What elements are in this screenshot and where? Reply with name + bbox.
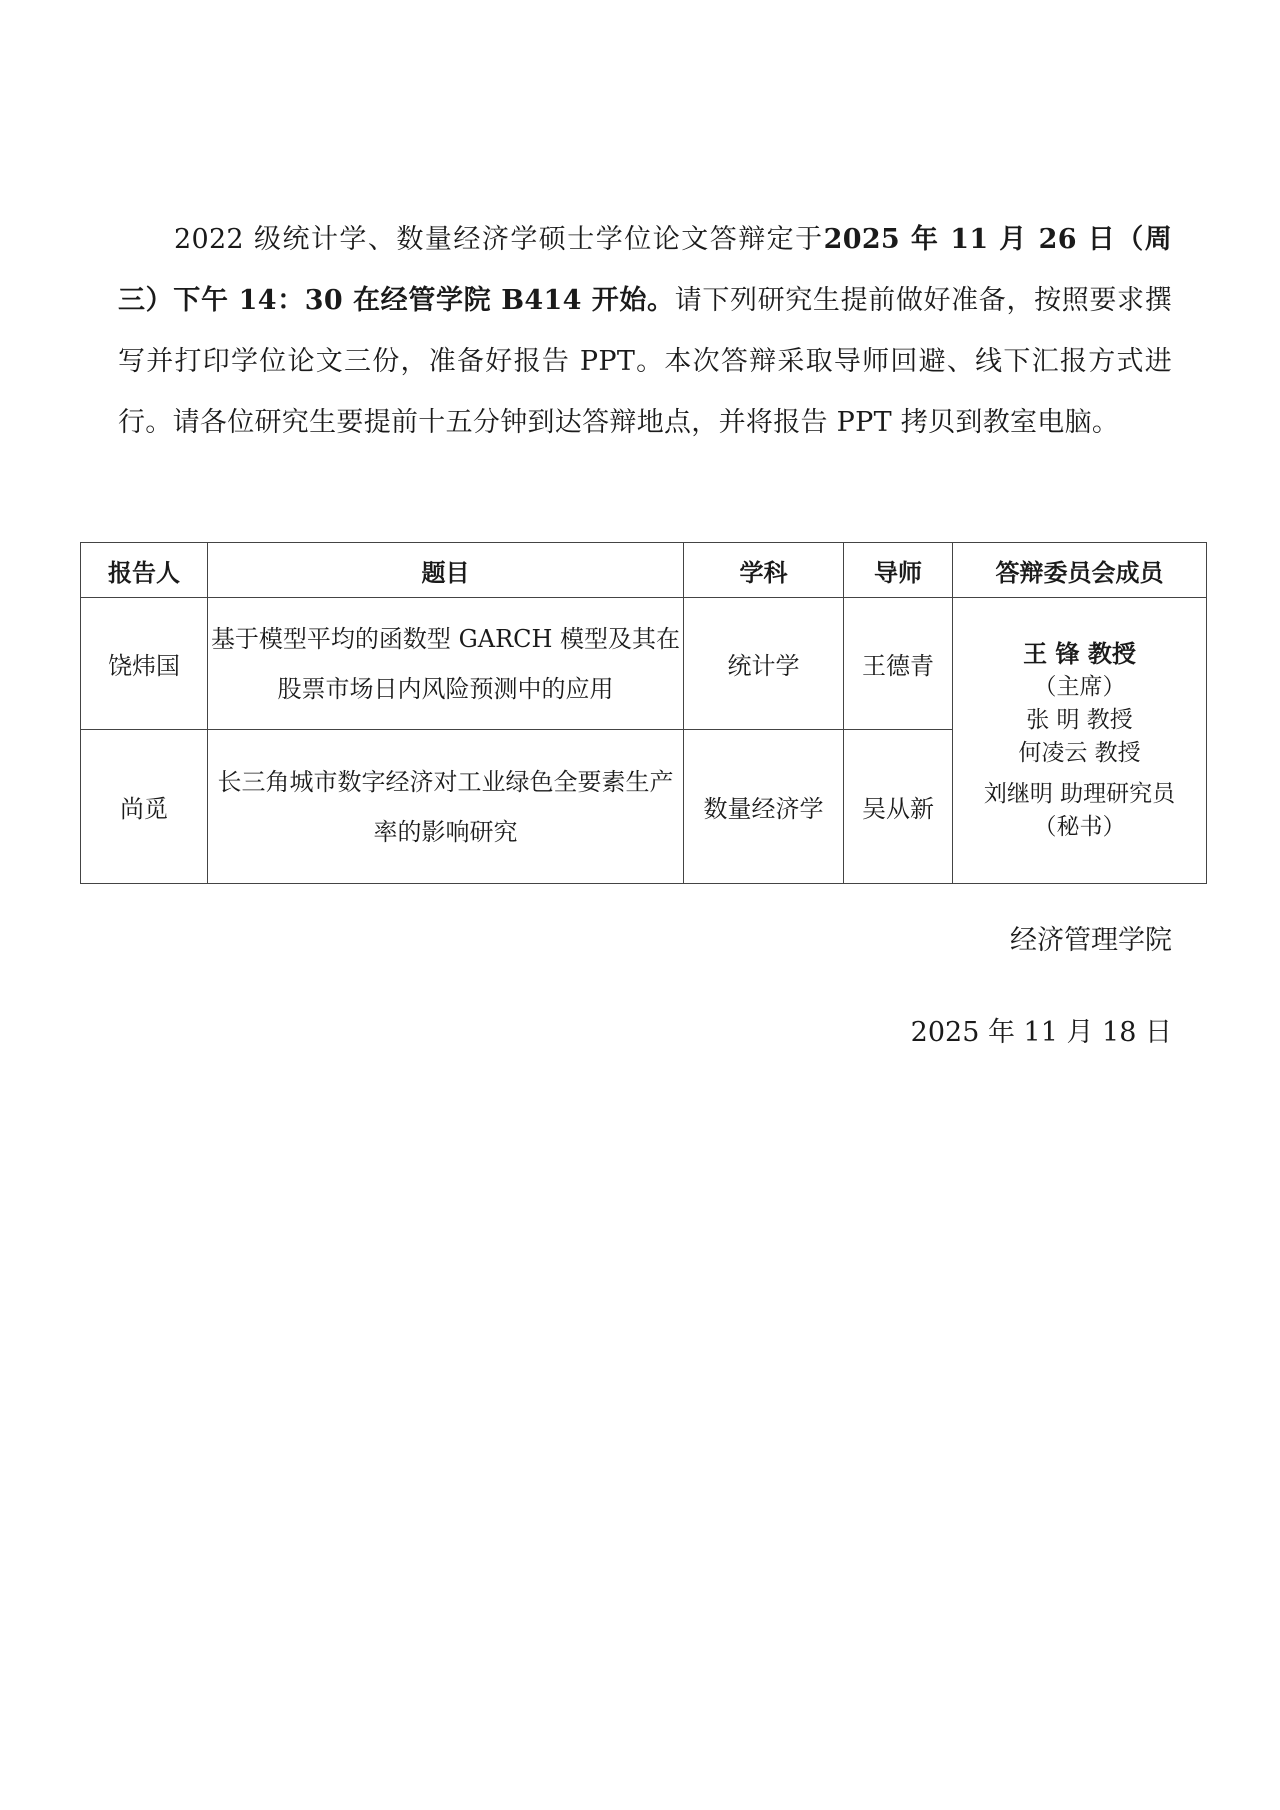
thesis-title-cell: 长三角城市数字经济对工业绿色全要素生产率的影响研究 — [208, 730, 684, 884]
header-committee: 答辩委员会成员 — [953, 543, 1207, 598]
header-advisor: 导师 — [844, 543, 953, 598]
header-title: 题目 — [208, 543, 684, 598]
advisor-cell: 王德青 — [844, 598, 953, 730]
committee-members-cell: 王 锋 教授 （主席） 张 明 教授 何凌云 教授 刘继明 助理研究员 （秘书） — [953, 598, 1207, 884]
issue-date: 2025 年 11 月 18 日 — [911, 1010, 1172, 1049]
presenter-cell: 尚觅 — [81, 730, 208, 884]
spacer — [953, 770, 1206, 778]
discipline-cell: 数量经济学 — [684, 730, 844, 884]
committee-secretary: 刘继明 助理研究员 — [953, 778, 1206, 811]
header-presenter: 报告人 — [81, 543, 208, 598]
issuing-organization: 经济管理学院 — [1010, 918, 1172, 957]
thesis-title-cell: 基于模型平均的函数型 GARCH 模型及其在股票市场日内风险预测中的应用 — [208, 598, 684, 730]
table-header-row: 报告人 题目 学科 导师 答辩委员会成员 — [81, 543, 1207, 598]
header-discipline: 学科 — [684, 543, 844, 598]
committee-chair: 王 锋 教授 — [953, 638, 1206, 671]
defense-schedule-table: 报告人 题目 学科 导师 答辩委员会成员 饶炜国 基于模型平均的函数型 GARC… — [80, 542, 1207, 884]
committee-chair-role: （主席） — [953, 671, 1206, 704]
presenter-cell: 饶炜国 — [81, 598, 208, 730]
notice-intro: 2022 级统计学、数量经济学硕士学位论文答辩定于 — [174, 224, 824, 255]
notice-paragraph: 2022 级统计学、数量经济学硕士学位论文答辩定于2025 年 11 月 26 … — [118, 209, 1172, 453]
advisor-cell: 吴从新 — [844, 730, 953, 884]
committee-secretary-role: （秘书） — [953, 811, 1206, 844]
committee-member: 何凌云 教授 — [953, 737, 1206, 770]
document-page: 2022 级统计学、数量经济学硕士学位论文答辩定于2025 年 11 月 26 … — [0, 0, 1280, 1810]
committee-member: 张 明 教授 — [953, 704, 1206, 737]
discipline-cell: 统计学 — [684, 598, 844, 730]
table-row: 饶炜国 基于模型平均的函数型 GARCH 模型及其在股票市场日内风险预测中的应用… — [81, 598, 1207, 730]
